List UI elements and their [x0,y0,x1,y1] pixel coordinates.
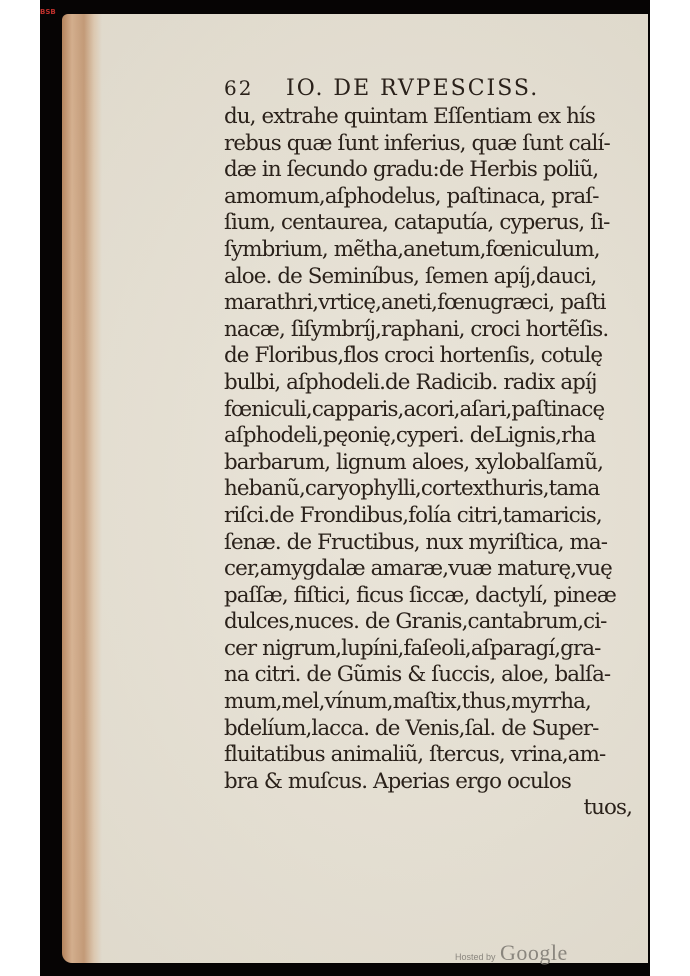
text-line: dæ in ſecundo gradu:de Herbis poliũ, [224,157,642,184]
text-line: cer nigrum,lupíni,faſeoli,aſparagí,gra- [224,636,642,663]
page-number: 62 [224,76,286,100]
text-line: bra & muſcus. Aperias ergo oculos [224,769,642,796]
text-line: du, extrahe quintam Eſſentiam ex hís [224,104,642,131]
text-line: aſphodeli,pęonię,cyperi. deLignis,rha [224,423,642,450]
text-line: bdelíum,lacca. de Venis,ſal. de Super- [224,716,642,743]
text-line: fluitatibus animaliũ, ſtercus, vrina,am- [224,742,642,769]
hosted-by-label: Hosted by [455,952,496,962]
text-line: barbarum, lignum aloes, xylobalſamũ, [224,450,642,477]
running-title: IO. DE RVPESCISS. [286,76,539,101]
text-line: hebanũ,caryophylli,cortexthuris,tama [224,476,642,503]
running-header: 62IO. DE RVPESCISS. [224,76,642,104]
google-logo: Google [500,940,568,965]
text-line: mum,mel,vínum,maſtix,thus,myrrha, [224,689,642,716]
text-line: amomum,aſphodelus, paſtinaca, praſ- [224,184,642,211]
text-line: riſci.de Frondibus,folía citri,tamaricis… [224,503,642,530]
text-line: ſium, centaurea, cataputía, cyperus, ſi- [224,210,642,237]
text-line: nacæ, ſiſymbríj,raphani, croci hortẽſis. [224,317,642,344]
text-line: bulbi, aſphodeli.de Radicib. radix apíj [224,370,642,397]
text-line: ſenæ. de Fructibus, nux myriſtica, ma- [224,530,642,557]
text-line: de Floribus,flos croci hortenſis, cotulę [224,343,642,370]
text-line: cer,amygdalæ amaræ,vuæ maturę,vuę [224,556,642,583]
page-text: 62IO. DE RVPESCISS. du, extrahe quintam … [224,76,642,822]
text-line: ſymbrium, mẽtha,anetum,fœniculum, [224,237,642,264]
library-stamp: BSB [40,8,56,16]
text-line: na citri. de Gũmis & ſuccis, aloe, balſa… [224,662,642,689]
text-line: paſſæ, fiſtici, ficus ſiccæ, dactylí, pi… [224,583,642,610]
text-line: fœniculi,capparis,acori,aſari,paſtinacę [224,397,642,424]
text-line: rebus quæ ſunt inferius, quæ ſunt calí- [224,131,642,158]
text-line: dulces,nuces. de Granis,cantabrum,ci- [224,609,642,636]
text-line: marathri,vrticę,aneti,fœnugræci, paſti [224,290,642,317]
text-line: aloe. de Seminíbus, ſemen apíj,dauci, [224,264,642,291]
google-watermark: Hosted by Google [455,940,568,966]
catchword: tuos, [224,795,642,822]
